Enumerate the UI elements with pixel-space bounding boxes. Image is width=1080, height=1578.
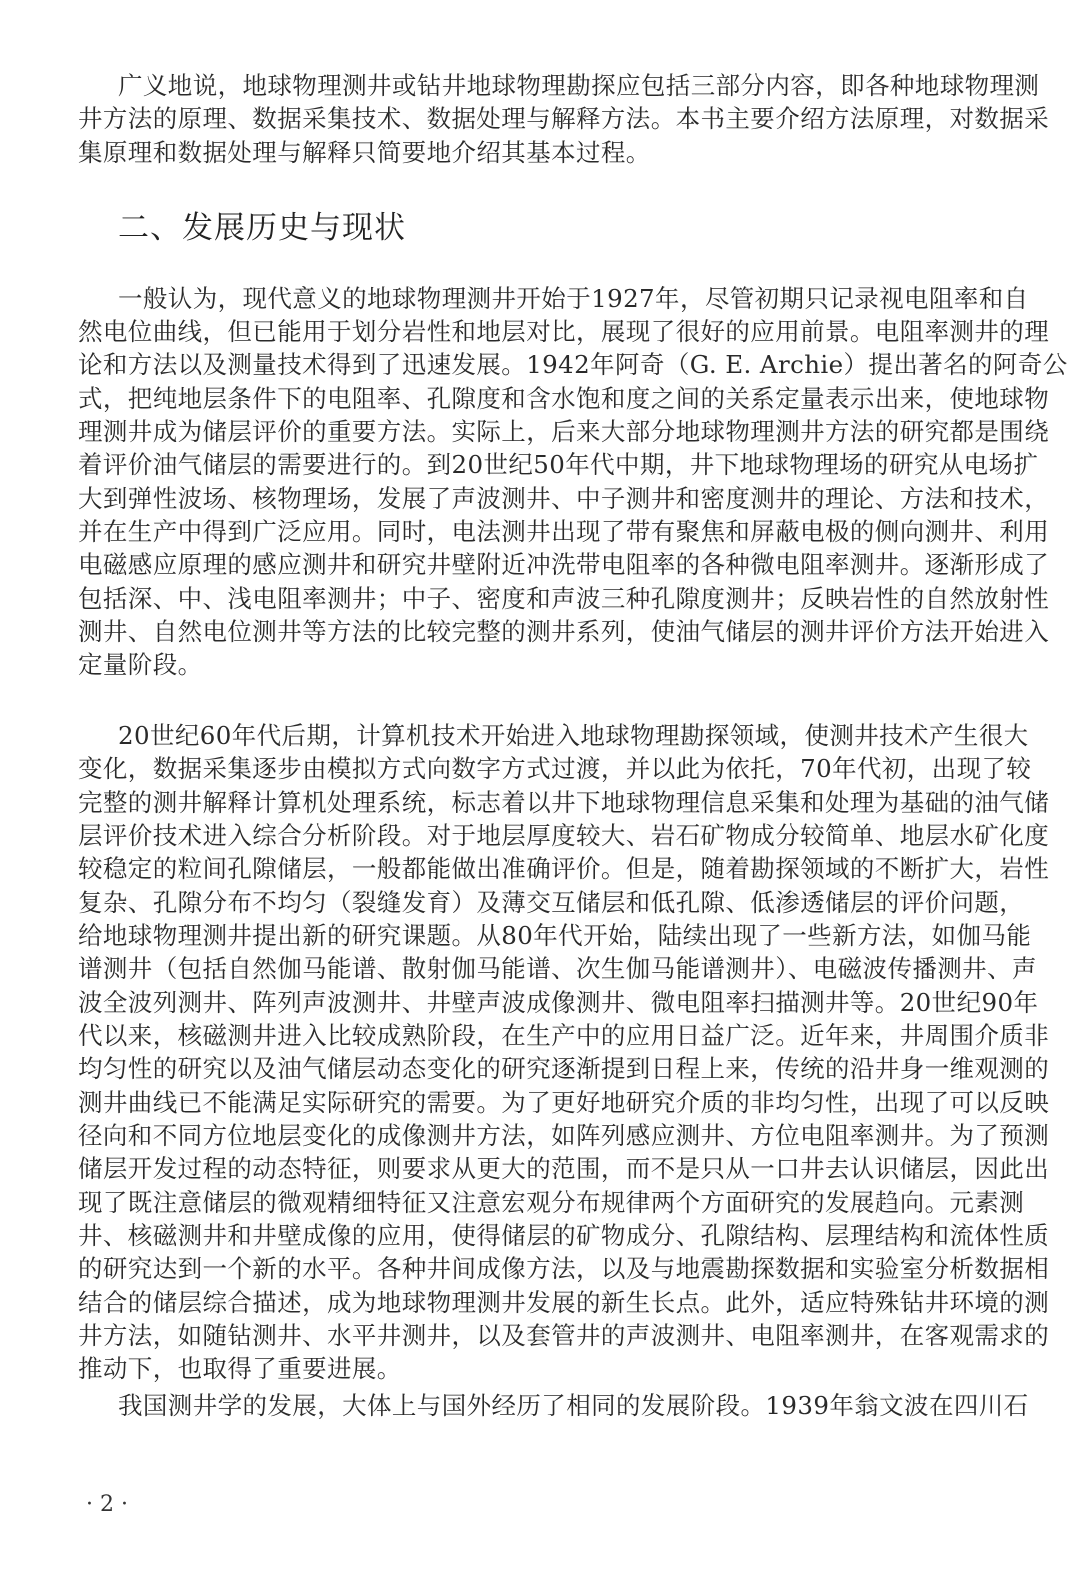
- text-line: 测井曲线已不能满足实际研究的需要。为了更好地研究介质的非均匀性，出现了可以反映: [78, 1086, 1004, 1119]
- text-line: 井方法的原理、数据采集技术、数据处理与解释方法。本书主要介绍方法原理，对数据采: [78, 102, 1004, 135]
- text-line: 层评价技术进入综合分析阶段。对于地层厚度较大、岩石矿物成分较简单、地层水矿化度: [78, 819, 1004, 852]
- page-number: · 2 ·: [86, 1490, 128, 1520]
- text-line: 的研究达到一个新的水平。各种井间成像方法，以及与地震勘探数据和实验室分析数据相: [78, 1252, 1004, 1285]
- text-line: 着评价油气储层的需要进行的。到20世纪50年代中期，井下地球物理场的研究从电场扩: [78, 448, 1004, 481]
- text-line: 电磁感应原理的感应测井和研究井壁附近冲洗带电阻率的各种微电阻率测井。逐渐形成了: [78, 548, 1004, 581]
- text-line: 井、核磁测井和井壁成像的应用，使得储层的矿物成分、孔隙结构、层理结构和流体性质: [78, 1219, 1004, 1252]
- text-line: 结合的储层综合描述，成为地球物理测井发展的新生长点。此外，适应特殊钻井环境的测: [78, 1286, 1004, 1319]
- text-line: 集原理和数据处理与解释只简要地介绍其基本过程。: [78, 136, 1004, 169]
- text-line: 一般认为，现代意义的地球物理测井开始于1927年，尽管初期只记录视电阻率和自: [118, 282, 1004, 315]
- text-line: 包括深、中、浅电阻率测井；中子、密度和声波三种孔隙度测井；反映岩性的自然放射性: [78, 582, 1004, 615]
- text-line: 理测井成为储层评价的重要方法。实际上，后来大部分地球物理测井方法的研究都是围绕: [78, 415, 1004, 448]
- text-line: 代以来，核磁测井进入比较成熟阶段，在生产中的应用日益广泛。近年来，井周围介质非: [78, 1019, 1004, 1052]
- text-line: 然电位曲线，但已能用于划分岩性和地层对比，展现了很好的应用前景。电阻率测井的理: [78, 315, 1004, 348]
- document-page: 广义地说，地球物理测井或钻井地球物理勘探应包括三部分内容，即各种地球物理测 井方…: [0, 0, 1080, 1578]
- text-line: 大到弹性波场、核物理场，发展了声波测井、中子测井和密度测井的理论、方法和技术，: [78, 482, 1004, 515]
- text-line: 储层开发过程的动态特征，则要求从更大的范围，而不是只从一口井去认识储层，因此出: [78, 1152, 1004, 1185]
- text-line: 波全波列测井、阵列声波测井、井壁声波成像测井、微电阻率扫描测井等。20世纪90年: [78, 986, 1004, 1019]
- text-line: 我国测井学的发展，大体上与国外经历了相同的发展阶段。1939年翁文波在四川石: [118, 1389, 1004, 1422]
- text-line: 广义地说，地球物理测井或钻井地球物理勘探应包括三部分内容，即各种地球物理测: [118, 69, 1004, 102]
- text-line: 20世纪60年代后期，计算机技术开始进入地球物理勘探领域，使测井技术产生很大: [118, 719, 1004, 752]
- text-line: 复杂、孔隙分布不均匀（裂缝发育）及薄交互储层和低孔隙、低渗透储层的评价问题，: [78, 886, 1004, 919]
- text-line: 定量阶段。: [78, 648, 1004, 681]
- text-line: 谱测井（包括自然伽马能谱、散射伽马能谱、次生伽马能谱测井）、电磁波传播测井、声: [78, 952, 1004, 985]
- text-line: 并在生产中得到广泛应用。同时，电法测井出现了带有聚焦和屏蔽电极的侧向测井、利用: [78, 515, 1004, 548]
- section-heading: 二、发展历史与现状: [118, 206, 406, 250]
- text-line: 推动下，也取得了重要进展。: [78, 1352, 1004, 1385]
- text-line: 测井、自然电位测井等方法的比较完整的测井系列，使油气储层的测井评价方法开始进入: [78, 615, 1004, 648]
- text-line: 现了既注意储层的微观精细特征又注意宏观分布规律两个方面研究的发展趋向。元素测: [78, 1186, 1004, 1219]
- text-line: 径向和不同方位地层变化的成像测井方法，如阵列感应测井、方位电阻率测井。为了预测: [78, 1119, 1004, 1152]
- text-line: 井方法，如随钻测井、水平井测井，以及套管井的声波测井、电阻率测井，在客观需求的: [78, 1319, 1004, 1352]
- text-line: 论和方法以及测量技术得到了迅速发展。1942年阿奇（G. E. Archie）提…: [78, 348, 1004, 381]
- text-line: 式，把纯地层条件下的电阻率、孔隙度和含水饱和度之间的关系定量表示出来，使地球物: [78, 382, 1004, 415]
- text-line: 较稳定的粒间孔隙储层，一般都能做出准确评价。但是，随着勘探领域的不断扩大，岩性: [78, 852, 1004, 885]
- text-line: 给地球物理测井提出新的研究课题。从80年代开始，陆续出现了一些新方法，如伽马能: [78, 919, 1004, 952]
- text-line: 变化，数据采集逐步由模拟方式向数字方式过渡，并以此为依托，70年代初，出现了较: [78, 752, 1004, 785]
- text-line: 完整的测井解释计算机处理系统，标志着以井下地球物理信息采集和处理为基础的油气储: [78, 786, 1004, 819]
- text-line: 均匀性的研究以及油气储层动态变化的研究逐渐提到日程上来，传统的沿井身一维观测的: [78, 1052, 1004, 1085]
